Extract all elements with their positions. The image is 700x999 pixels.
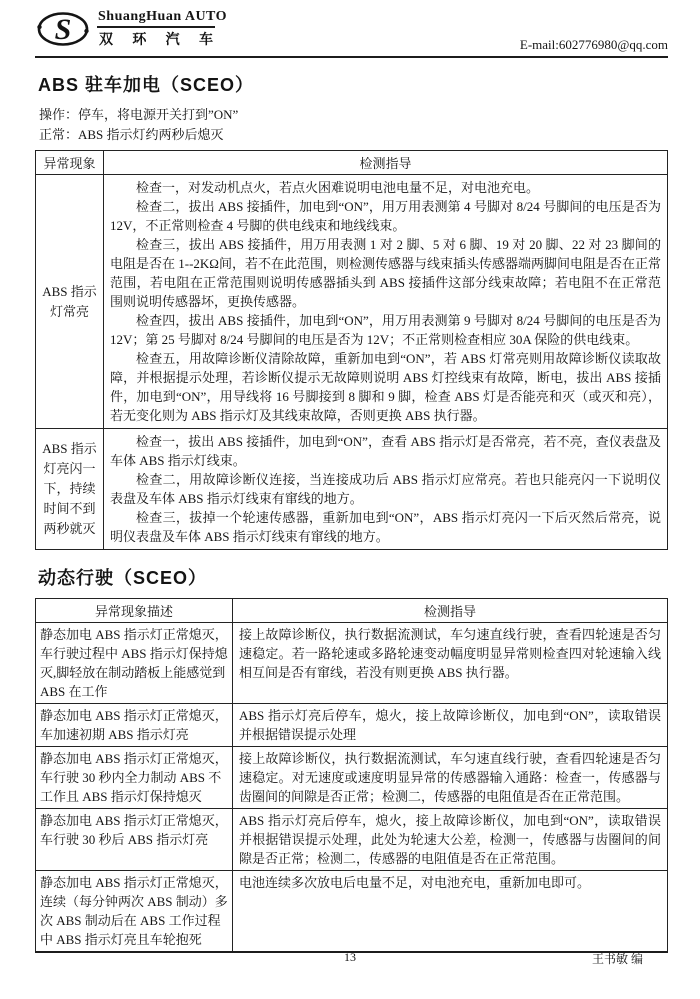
guidance-cell: ABS 指示灯亮后停车，熄火，接上故障诊断仪，加电到“ON”，读取错误并根据错误… [233, 704, 668, 747]
guidance-paragraph: 检查三，拔掉一个轮速传感器，重新加电到“ON”，ABS 指示灯亮闪一下后灭然后常… [110, 508, 661, 546]
shuanghuan-logo-icon: S [35, 8, 93, 50]
guidance-cell: ABS 指示灯亮后停车，熄火，接上故障诊断仪，加电到“ON”，读取错误并根据错误… [233, 809, 668, 871]
editor-credit: 王书敏 编 [592, 950, 643, 967]
page-footer: 13 王书敏 编 [0, 950, 700, 968]
page-content: ABS 驻车加电（SCEO） 操作：停车，将电源开关打到”ON” 正常：ABS … [35, 57, 668, 953]
symptom-cell: ABS 指示灯亮闪一下，持续时间不到两秒就灭 [36, 429, 104, 550]
column-header-guidance: 检测指导 [233, 599, 668, 623]
table-row: ABS 指示灯常亮 检查一，对发动机点火，若点火困难说明电池电量不足，对电池充电… [36, 175, 668, 429]
section2-title: 动态行驶（SCEO） [38, 564, 668, 590]
symptom-cell: 静态加电 ABS 指示灯正常熄灭，车行驶 30 秒后 ABS 指示灯亮 [36, 809, 233, 871]
guidance-cell: 电池连续多次放电后电量不足，对电池充电，重新加电即可。 [233, 871, 668, 953]
guidance-cell: 检查一，对发动机点火，若点火困难说明电池电量不足，对电池充电。 检查二，拔出 A… [104, 175, 668, 429]
abs-parking-power-table: 异常现象 检测指导 ABS 指示灯常亮 检查一，对发动机点火，若点火困难说明电池… [35, 150, 668, 550]
guidance-paragraph: 检查二，拔出 ABS 接插件，加电到“ON”，用万用表测第 4 号脚对 8/24… [110, 197, 661, 235]
column-header-guidance: 检测指导 [104, 151, 668, 175]
symptom-cell: 静态加电 ABS 指示灯正常熄灭，车加速初期 ABS 指示灯亮 [36, 704, 233, 747]
table-row: 静态加电 ABS 指示灯正常熄灭，车加速初期 ABS 指示灯亮 ABS 指示灯亮… [36, 704, 668, 747]
table-row: 静态加电 ABS 指示灯正常熄灭，连续（每分钟两次 ABS 制动）多次 ABS … [36, 871, 668, 953]
symptom-cell: 静态加电 ABS 指示灯正常熄灭，连续（每分钟两次 ABS 制动）多次 ABS … [36, 871, 233, 953]
table-header-row: 异常现象 检测指导 [36, 151, 668, 175]
brand-name-chinese: 双 环 汽 车 [97, 28, 215, 49]
symptom-cell: 静态加电 ABS 指示灯正常熄灭，车行驶过程中 ABS 指示灯保持熄灭,脚轻放在… [36, 623, 233, 704]
section1-title: ABS 驻车加电（SCEO） [38, 71, 668, 97]
guidance-paragraph: 检查四，拔出 ABS 接插件，加电到“ON”，用万用表测第 9 号脚对 8/24… [110, 311, 661, 349]
normal-line: 正常：ABS 指示灯约两秒后熄灭 [39, 125, 668, 145]
table-row: 静态加电 ABS 指示灯正常熄灭，车行驶 30 秒后 ABS 指示灯亮 ABS … [36, 809, 668, 871]
table-row: 静态加电 ABS 指示灯正常熄灭，车行驶过程中 ABS 指示灯保持熄灭,脚轻放在… [36, 623, 668, 704]
contact-email: E-mail:602776980@qq.com [520, 37, 668, 53]
guidance-paragraph: 检查一，拔出 ABS 接插件，加电到“ON”，查看 ABS 指示灯是否常亮，若不… [110, 432, 661, 470]
symptom-cell: 静态加电 ABS 指示灯正常熄灭，车行驶 30 秒内全力制动 ABS 不工作且 … [36, 747, 233, 809]
guidance-cell: 检查一，拔出 ABS 接插件，加电到“ON”，查看 ABS 指示灯是否常亮，若不… [104, 429, 668, 550]
guidance-paragraph: 检查二，用故障诊断仪连接，当连接成功后 ABS 指示灯应常亮。若也只能亮闪一下说… [110, 470, 661, 508]
column-header-symptom-desc: 异常现象描述 [36, 599, 233, 623]
guidance-paragraph: 检查三，拔出 ABS 接插件，用万用表测 1 对 2 脚、5 对 6 脚、19 … [110, 235, 661, 311]
guidance-paragraph: 检查一，对发动机点火，若点火困难说明电池电量不足，对电池充电。 [110, 178, 661, 197]
guidance-paragraph: 检查五，用故障诊断仪清除故障，重新加电到“ON”，若 ABS 灯常亮则用故障诊断… [110, 349, 661, 425]
brand-block: ShuangHuan AUTO 双 环 汽 车 [97, 9, 215, 49]
guidance-cell: 接上故障诊断仪，执行数据流测试，车匀速直线行驶，查看四轮速是否匀速稳定。对无速度… [233, 747, 668, 809]
table-row: ABS 指示灯亮闪一下，持续时间不到两秒就灭 检查一，拔出 ABS 接插件，加电… [36, 429, 668, 550]
operation-line: 操作：停车，将电源开关打到”ON” [39, 105, 668, 125]
table-header-row: 异常现象描述 检测指导 [36, 599, 668, 623]
svg-text:S: S [55, 13, 72, 46]
brand-name-latin: ShuangHuan AUTO [97, 9, 215, 28]
document-page: S ShuangHuan AUTO 双 环 汽 车 E-mail:6027769… [0, 0, 700, 999]
dynamic-driving-table: 异常现象描述 检测指导 静态加电 ABS 指示灯正常熄灭，车行驶过程中 ABS … [35, 598, 668, 953]
guidance-cell: 接上故障诊断仪，执行数据流测试，车匀速直线行驶，查看四轮速是否匀速稳定。若一路轮… [233, 623, 668, 704]
table-row: 静态加电 ABS 指示灯正常熄灭，车行驶 30 秒内全力制动 ABS 不工作且 … [36, 747, 668, 809]
symptom-cell: ABS 指示灯常亮 [36, 175, 104, 429]
column-header-symptom: 异常现象 [36, 151, 104, 175]
page-header: S ShuangHuan AUTO 双 环 汽 车 E-mail:6027769… [35, 6, 668, 58]
